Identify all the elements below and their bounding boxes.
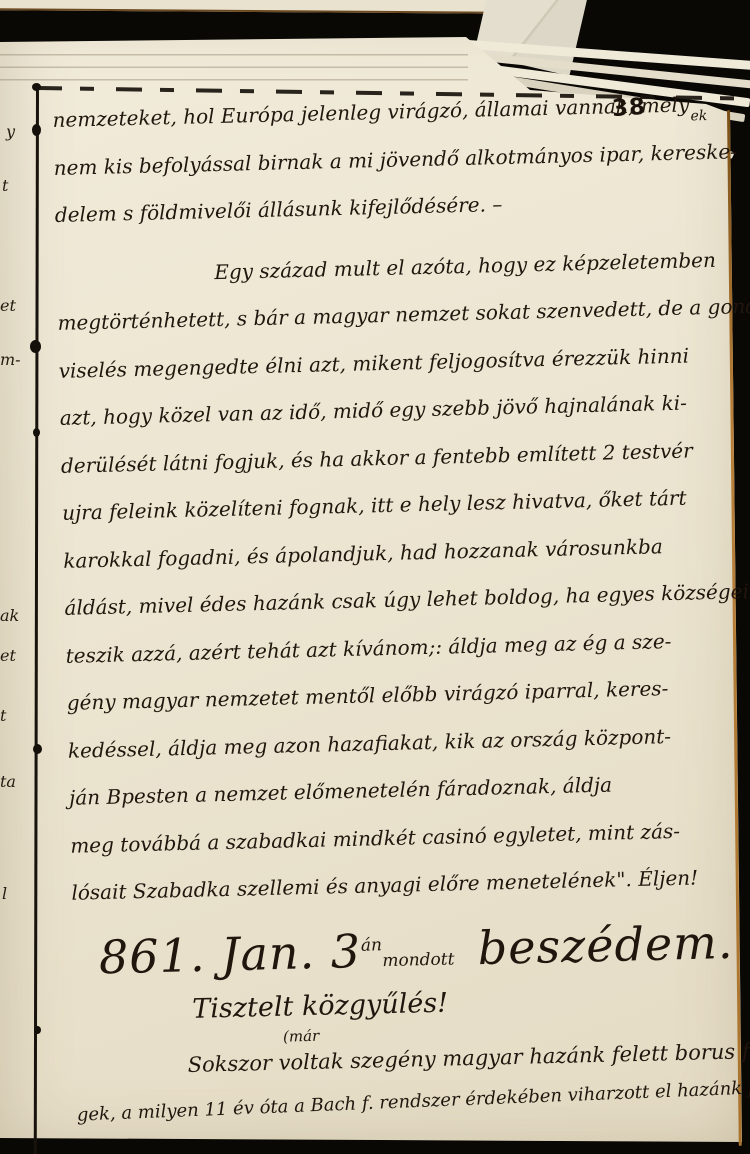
- subscript-correction: ek: [690, 108, 707, 124]
- ink-blob: [34, 1026, 41, 1034]
- heading-small-word: mondott: [382, 949, 455, 971]
- insertion-text: már: [289, 1026, 320, 1045]
- margin-fragment: et: [0, 646, 16, 665]
- line-text: nemzeteket, hol Európa jelenleg virágzó,…: [52, 92, 689, 132]
- margin-fragment: l: [2, 884, 7, 903]
- manuscript-text: nemzeteket, hol Európa jelenleg virágzó,…: [52, 80, 750, 1139]
- margin-fragment: t: [2, 176, 8, 195]
- ink-blob: [33, 744, 42, 754]
- margin-fragment: y: [6, 122, 15, 141]
- scanned-manuscript: y t et m- ak et t ta l 38 nemzeteket, ho…: [0, 0, 750, 1154]
- margin-fragment: ak: [0, 606, 19, 625]
- heading-title: beszédem.: [461, 914, 734, 975]
- top-page-sliver: [0, 0, 504, 14]
- speech-heading: 861. Jan. 3ánmondott beszédem.: [72, 903, 750, 993]
- insertion-correction: (már: [283, 1025, 320, 1046]
- ink-blob: [32, 124, 41, 136]
- ink-blob: [32, 83, 41, 91]
- heading-superscript: án: [361, 935, 383, 956]
- margin-fragment: et: [0, 296, 16, 315]
- ink-blob: [33, 428, 40, 437]
- margin-fragment: ta: [0, 772, 16, 791]
- heading-date: 861. Jan. 3: [98, 924, 361, 984]
- margin-fragment: t: [0, 706, 6, 725]
- ink-blob: [30, 340, 41, 353]
- stacked-sheet-lines: [0, 43, 468, 83]
- margin-fragment: m-: [0, 350, 21, 369]
